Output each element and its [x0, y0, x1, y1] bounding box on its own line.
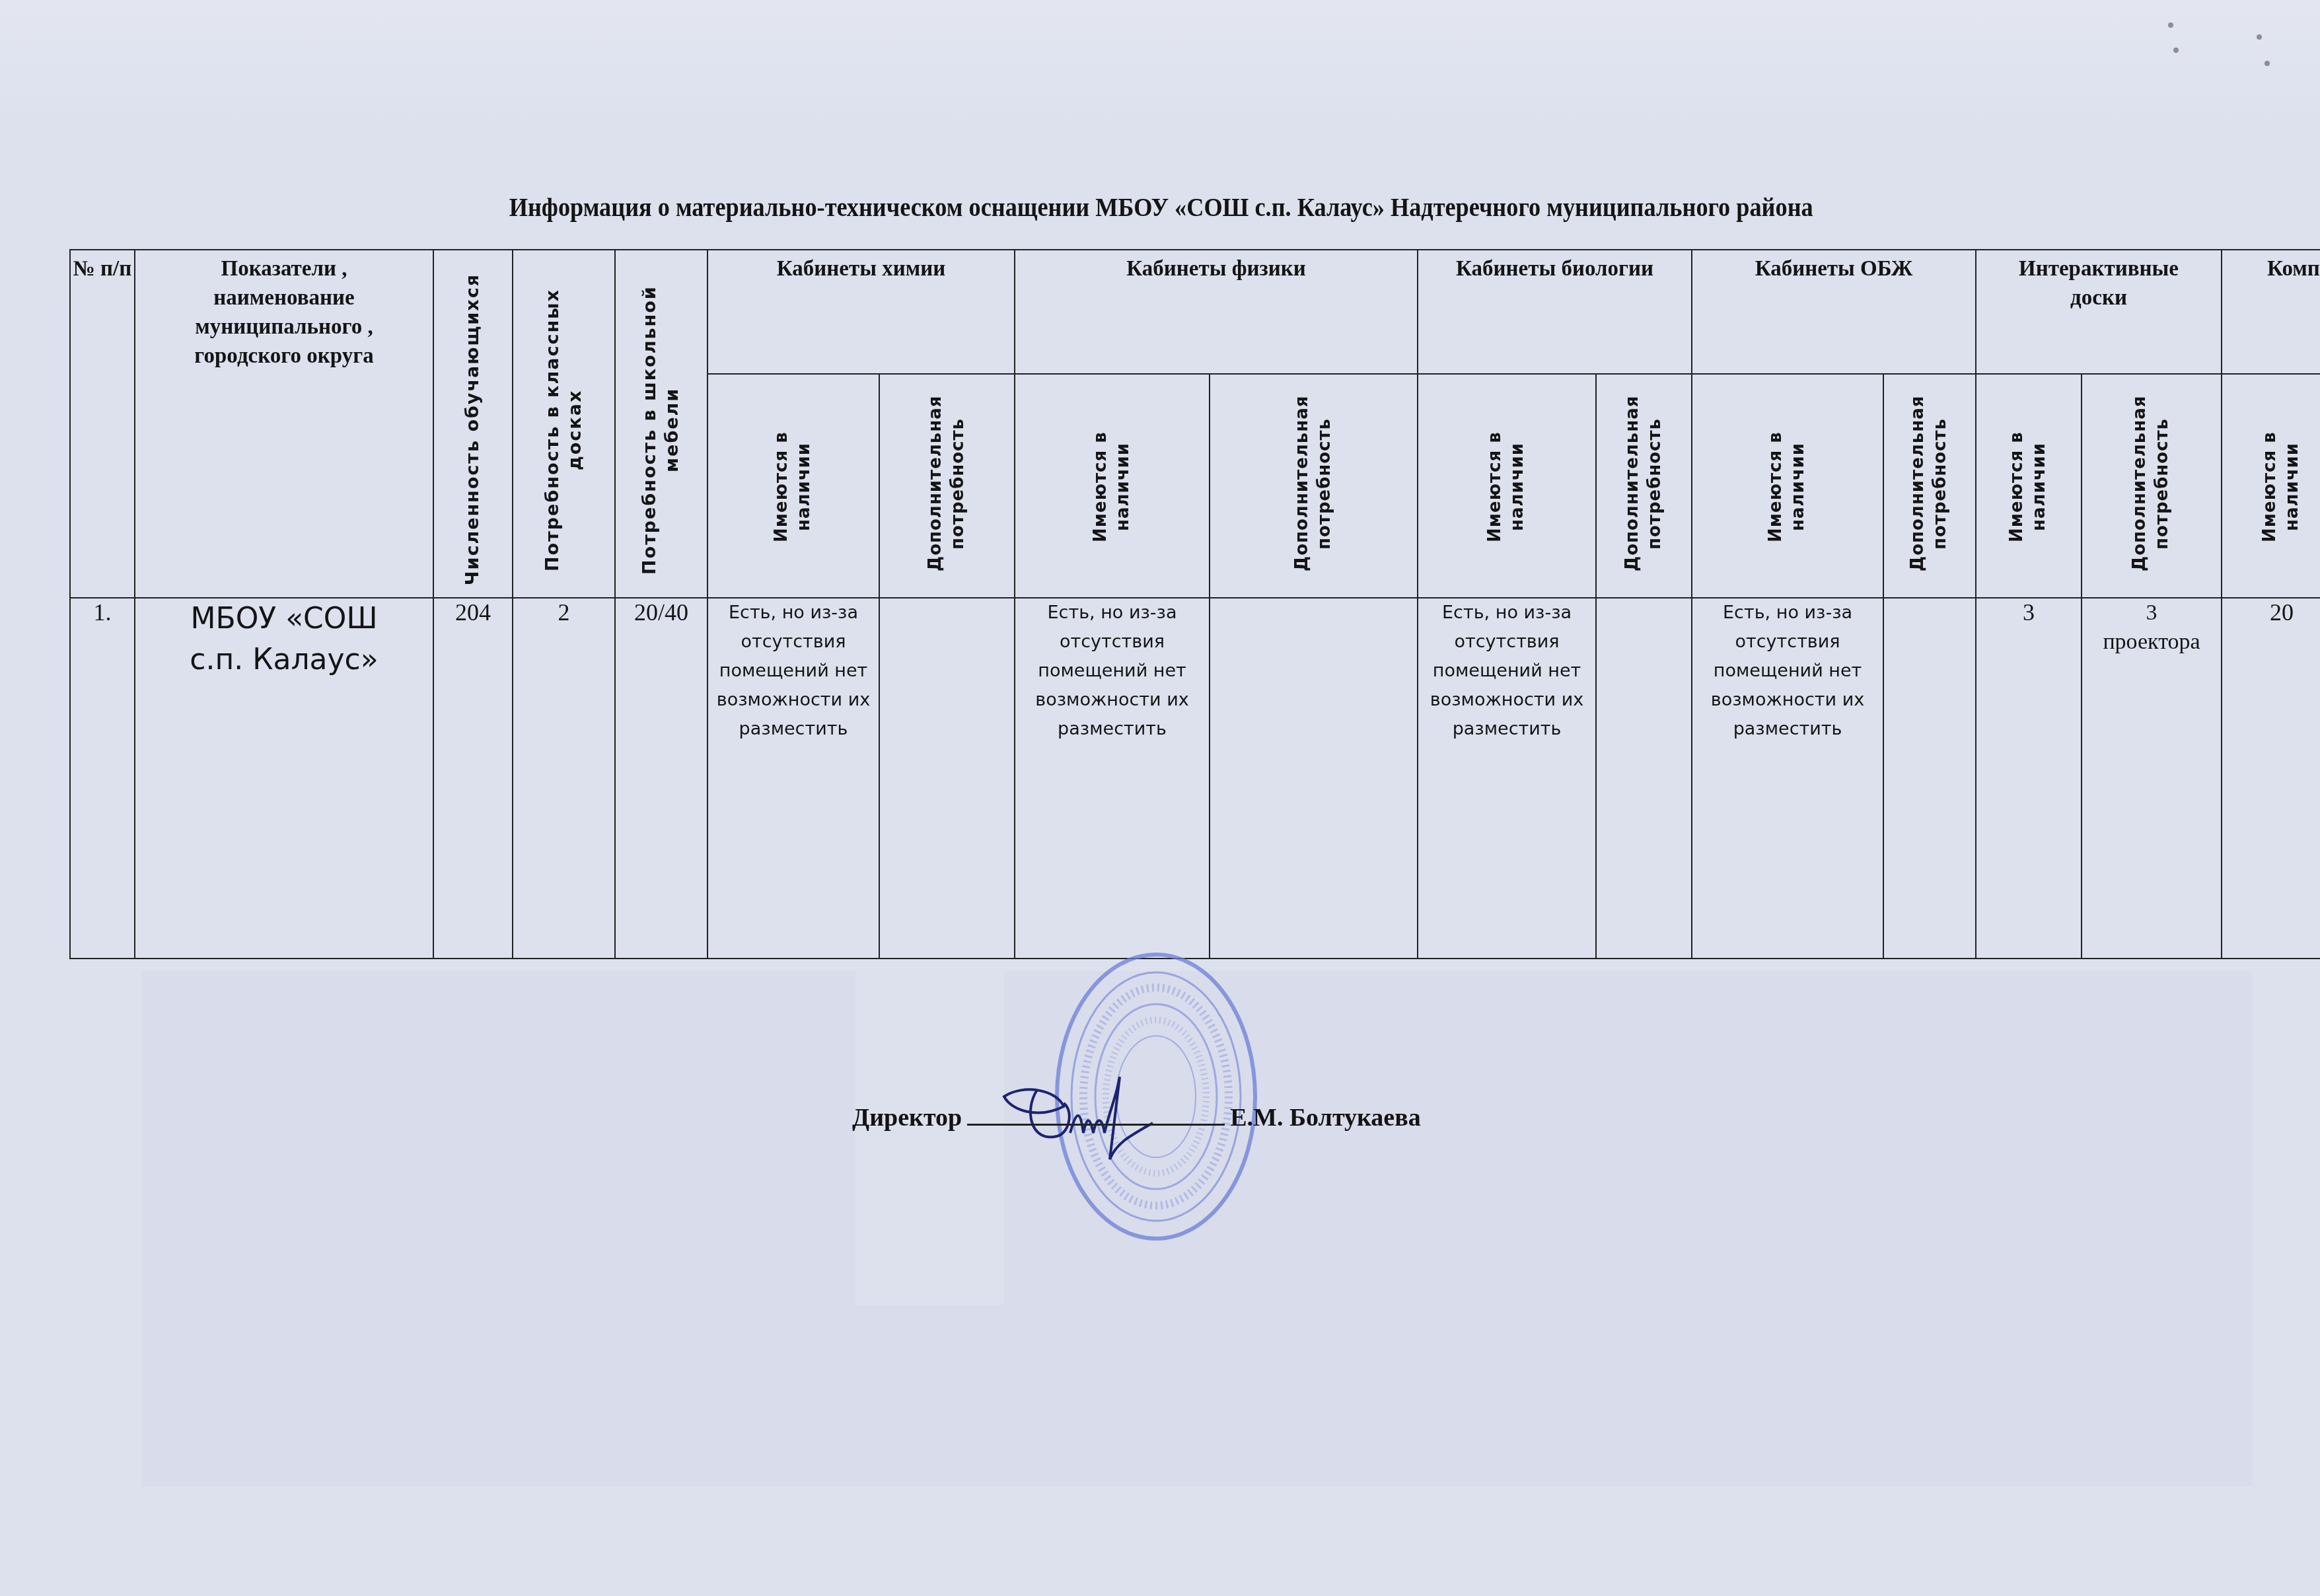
table-row: 1. МБОУ «СОШ с.п. Калаус» 204 2 20/40 Ес…	[70, 598, 2320, 959]
cell-obzh-available: Есть, но из-за отсутствия помещений нет …	[1692, 598, 1883, 959]
cell-boards-additional: 3 проектора	[2082, 598, 2222, 959]
redacted-area-left	[142, 971, 855, 1486]
document-title: Информация о материально-техническом осн…	[83, 193, 2240, 223]
cell-biology-available: Есть, но из-за отсутствия помещений нет …	[1418, 598, 1596, 959]
header-group-biology: Кабинеты биологии	[1418, 250, 1692, 374]
header-boards-need: Потребность в классных досках	[513, 250, 615, 598]
header-group-physics: Кабинеты физики	[1015, 250, 1418, 374]
subheader-chemistry-available: Имеются в наличии	[707, 374, 879, 598]
cell-students: 204	[433, 598, 513, 959]
cell-chemistry-additional	[879, 598, 1015, 959]
cell-obzh-additional	[1883, 598, 1976, 959]
cell-chemistry-available: Есть, но из-за отсутствия помещений нет …	[707, 598, 879, 959]
cell-school-name: МБОУ «СОШ с.п. Калаус»	[135, 598, 433, 959]
subheader-biology-additional: Дополнительная потребность	[1596, 374, 1692, 598]
signature-block: ДиректорЕ.М. Болтукаева	[852, 1103, 1421, 1132]
scan-speck	[2257, 34, 2262, 40]
scan-speck	[2265, 61, 2270, 66]
signatory-role: Директор	[852, 1104, 962, 1132]
header-group-computers: Компьютеры	[2222, 250, 2320, 374]
subheader-chemistry-additional: Дополнительная потребность	[879, 374, 1015, 598]
cell-furniture-need: 20/40	[615, 598, 707, 959]
cell-physics-available: Есть, но из-за отсутствия помещений нет …	[1015, 598, 1210, 959]
header-num: № п/п	[70, 250, 135, 598]
header-group-interactive-boards: Интерактивные доски	[1976, 250, 2222, 374]
cell-num: 1.	[70, 598, 135, 959]
cell-biology-additional	[1596, 598, 1692, 959]
equipment-table: № п/п Показатели , наименование муниципа…	[69, 249, 2320, 959]
redacted-area-bottom	[803, 1305, 2253, 1486]
subheader-computers-available: Имеются в наличии	[2222, 374, 2320, 598]
subheader-obzh-additional: Дополнительная потребность	[1883, 374, 1976, 598]
header-name: Показатели , наименование муниципального…	[135, 250, 433, 598]
header-group-chemistry: Кабинеты химии	[707, 250, 1015, 374]
subheader-obzh-available: Имеются в наличии	[1692, 374, 1883, 598]
header-students: Численность обучающихся	[433, 250, 513, 598]
subheader-biology-available: Имеются в наличии	[1418, 374, 1596, 598]
cell-physics-additional	[1210, 598, 1418, 959]
subheader-physics-available: Имеются в наличии	[1015, 374, 1210, 598]
subheader-boards-available: Имеются в наличии	[1976, 374, 2082, 598]
signatory-name: Е.М. Болтукаева	[1230, 1104, 1421, 1132]
cell-computers-available: 20	[2222, 598, 2320, 959]
scan-speck	[2168, 22, 2173, 28]
header-group-obzh: Кабинеты ОБЖ	[1692, 250, 1976, 374]
subheader-physics-additional: Дополнительная потребность	[1210, 374, 1418, 598]
subheader-boards-additional: Дополнительная потребность	[2082, 374, 2222, 598]
header-furniture-need: Потребность в школьной мебели	[615, 250, 707, 598]
cell-boards-available: 3	[1976, 598, 2082, 959]
cell-boards-need: 2	[513, 598, 615, 959]
signature-line	[967, 1104, 1225, 1126]
scan-speck	[2173, 48, 2179, 53]
